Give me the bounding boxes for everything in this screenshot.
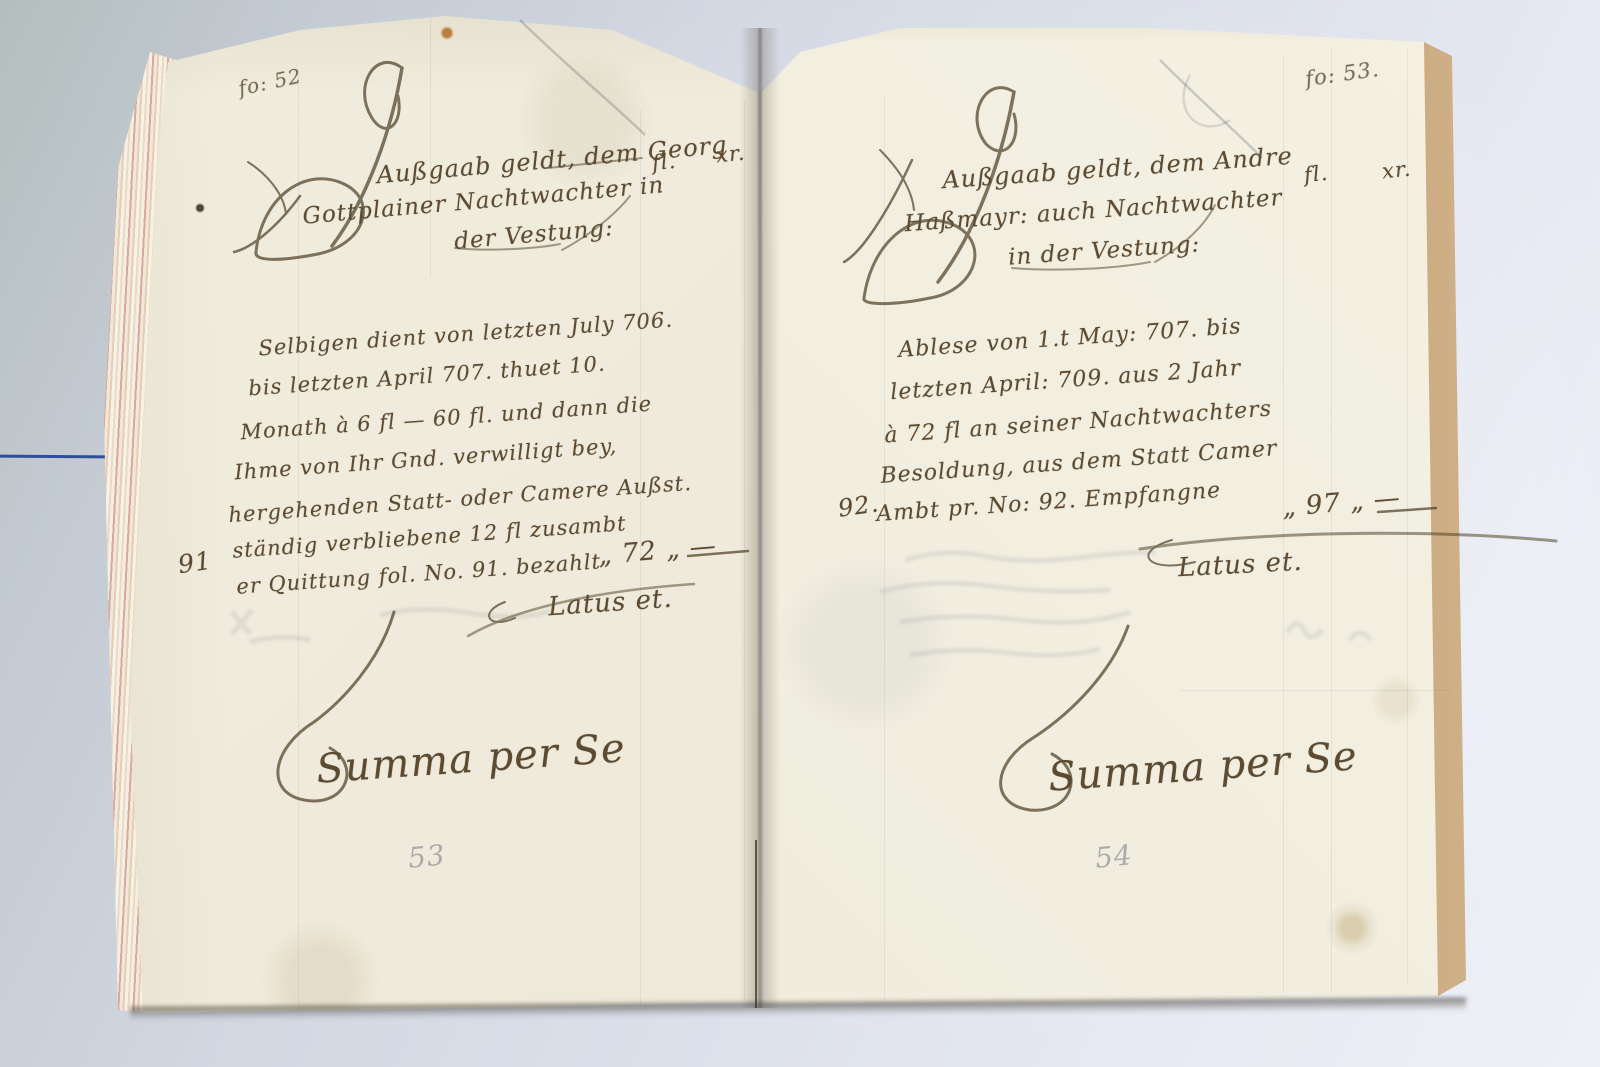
right-pencil-page-number: 54 bbox=[1093, 838, 1134, 875]
left-margin-reference: 91 bbox=[176, 546, 214, 579]
right-column-fl: fl. bbox=[1303, 161, 1330, 187]
calligraphic-flourishes bbox=[0, 0, 1600, 1067]
left-column-fl: fl. bbox=[651, 149, 678, 175]
left-pencil-page-number: 53 bbox=[406, 838, 447, 875]
left-column-xr: xr. bbox=[715, 141, 747, 168]
manuscript-photo: fo: 52 Außgaab geldt, dem Georg Gottplai… bbox=[0, 0, 1600, 1067]
right-column-xr: xr. bbox=[1381, 157, 1413, 184]
right-margin-reference: 92. bbox=[836, 489, 881, 522]
